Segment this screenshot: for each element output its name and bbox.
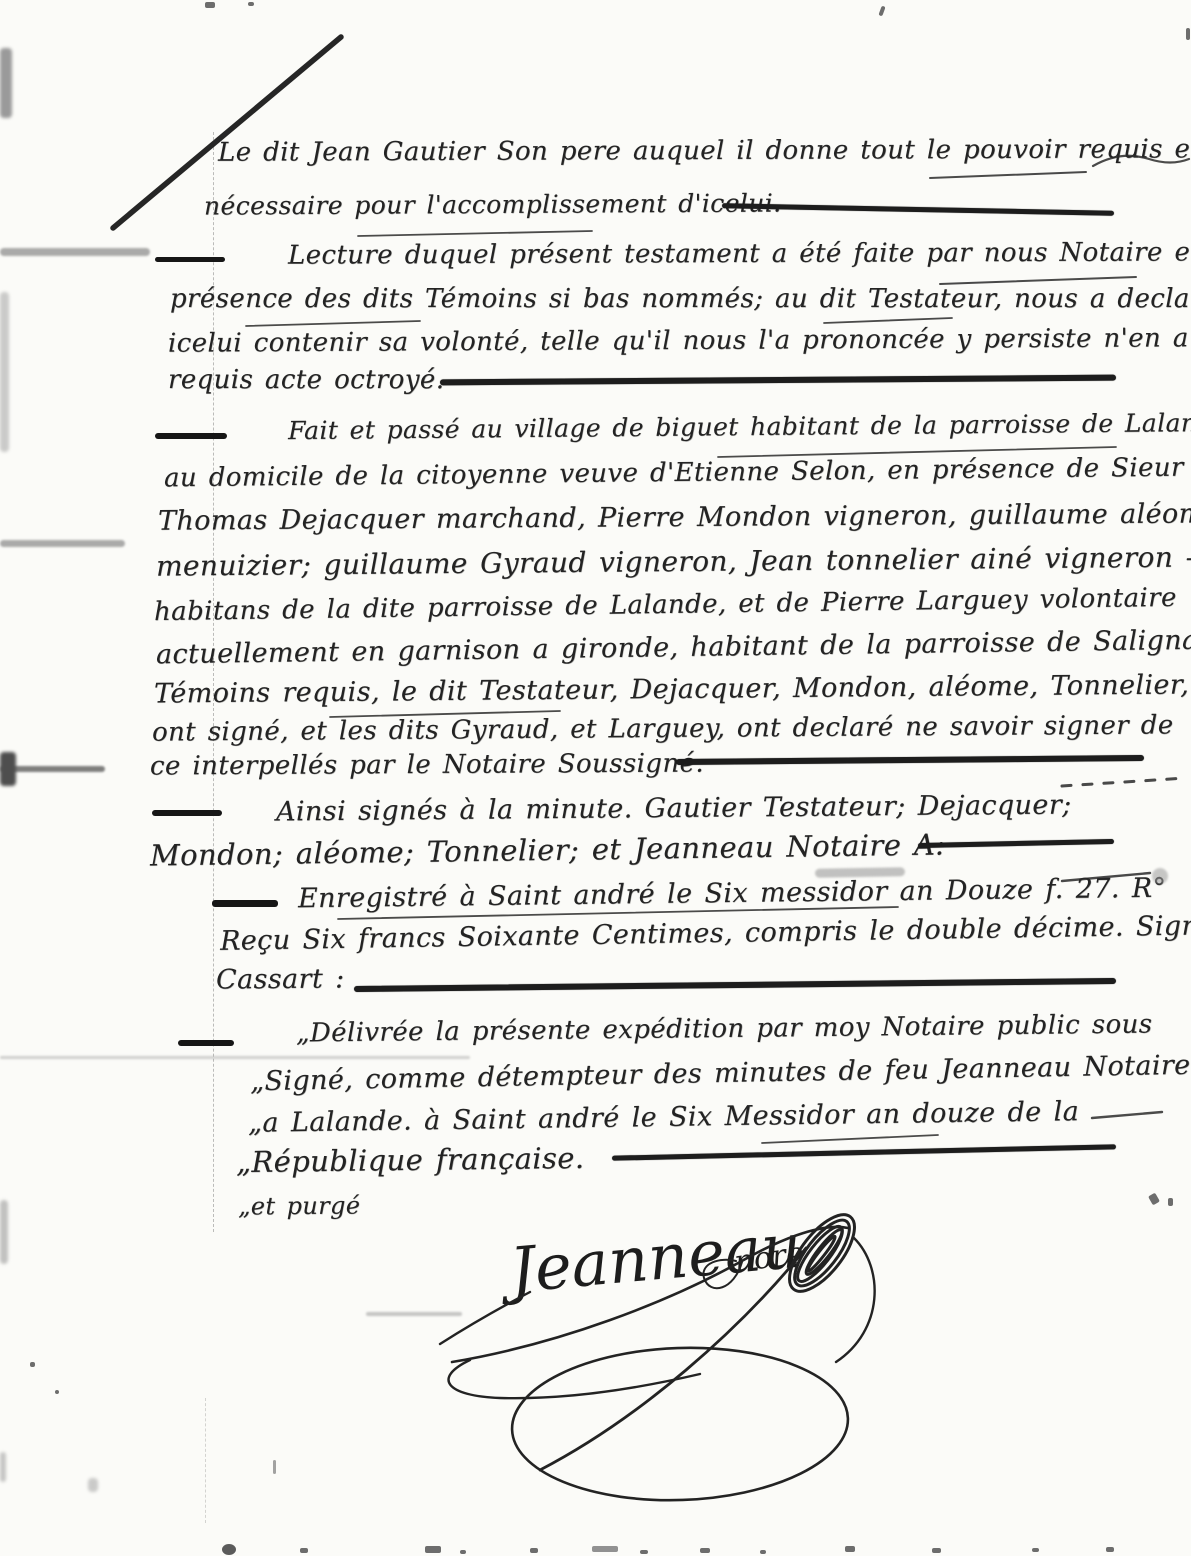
scanned-document-page: Le dit Jean Gautier Son pere auquel il d… bbox=[0, 0, 1191, 1556]
ink-artwork-layer: Jeanneau nore bbox=[0, 0, 1191, 1556]
diagonal-pen-stroke bbox=[113, 37, 341, 228]
word-underline-flourishes bbox=[246, 156, 1189, 1143]
notary-signature: Jeanneau nore bbox=[496, 1209, 806, 1308]
